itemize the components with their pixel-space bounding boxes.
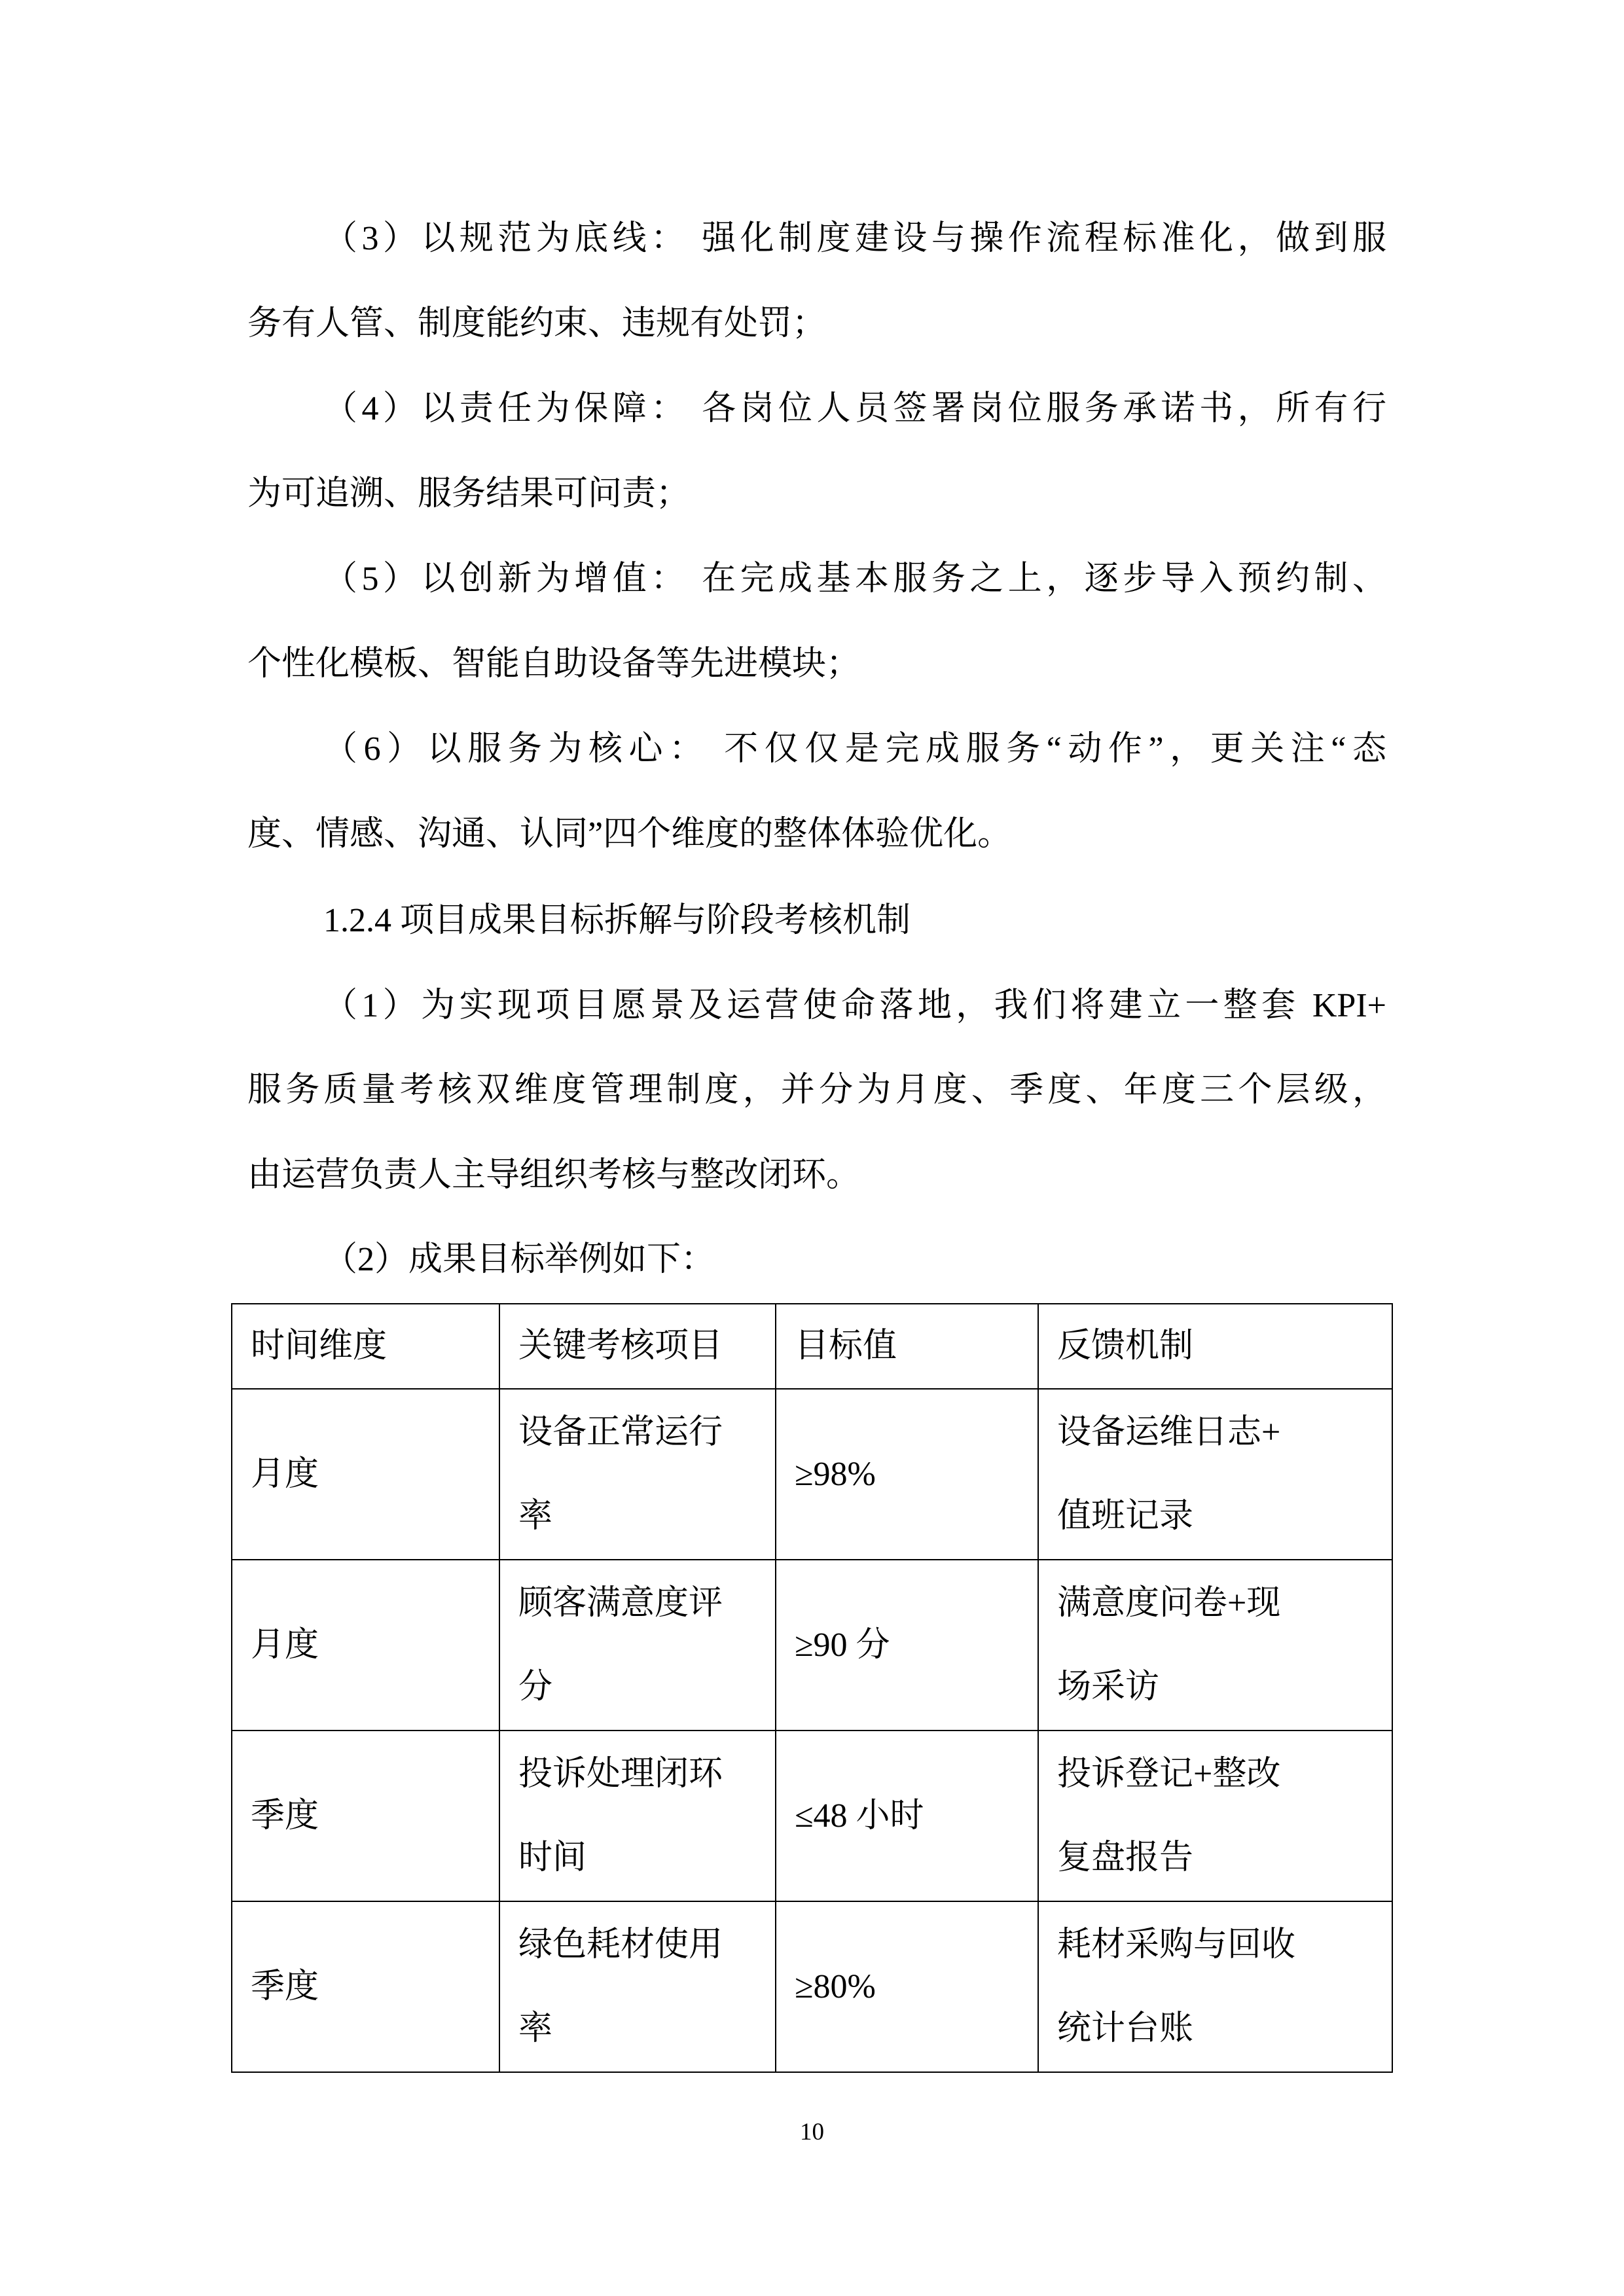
- cell-feedback-line: 耗材采购与回收: [1057, 1903, 1392, 1987]
- cell-item: 设备正常运行 率: [499, 1389, 776, 1560]
- cell-item-line: 绿色耗材使用: [518, 1903, 775, 1987]
- cell-target: ≥98%: [776, 1389, 1038, 1560]
- item-1-line-1: （1）为实现项目愿景及运营使命落地，我们将建立一整套 KPI+: [247, 963, 1386, 1049]
- cell-item-line: 投诉处理闭环: [518, 1732, 775, 1816]
- item-2-line: （2）成果目标举例如下：: [247, 1217, 1386, 1302]
- paragraph-3-line-2: 务有人管、制度能约束、违规有处罚；: [247, 281, 1386, 367]
- cell-feedback-line: 设备运维日志+: [1057, 1391, 1392, 1475]
- table-row: 月度 设备正常运行 率 ≥98% 设备运维日志+ 值班记录: [232, 1389, 1392, 1560]
- cell-item: 顾客满意度评 分: [499, 1560, 776, 1731]
- cell-item-line: 分: [518, 1645, 775, 1729]
- paragraph-3-line-1: （3）以规范为底线： 强化制度建设与操作流程标准化，做到服: [247, 196, 1386, 281]
- cell-item-line: 时间: [518, 1816, 775, 1900]
- cell-item-line: 顾客满意度评: [518, 1562, 775, 1645]
- cell-target: ≤48 小时: [776, 1731, 1038, 1901]
- cell-item-line: 率: [518, 1475, 775, 1558]
- header-period: 时间维度: [232, 1304, 499, 1389]
- paragraph-6-line-2: 度、情感、沟通、认同”四个维度的整体体验优化。: [247, 792, 1386, 877]
- table-row: 季度 投诉处理闭环 时间 ≤48 小时 投诉登记+整改 复盘报告: [232, 1731, 1392, 1901]
- cell-feedback-line: 值班记录: [1057, 1475, 1392, 1558]
- goals-table: 时间维度 关键考核项目 目标值 反馈机制 月度 设备正常运行 率 ≥98% 设备…: [231, 1303, 1393, 2073]
- table-row: 月度 顾客满意度评 分 ≥90 分 满意度问卷+现 场采访: [232, 1560, 1392, 1731]
- paragraph-4-line-2: 为可追溯、服务结果可问责；: [247, 452, 1386, 537]
- cell-period: 月度: [232, 1389, 499, 1560]
- cell-period: 季度: [232, 1731, 499, 1901]
- cell-feedback-line: 投诉登记+整改: [1057, 1732, 1392, 1816]
- cell-feedback-line: 复盘报告: [1057, 1816, 1392, 1900]
- header-target: 目标值: [776, 1304, 1038, 1389]
- cell-feedback-line: 满意度问卷+现: [1057, 1562, 1392, 1645]
- item-1-line-3: 由运营负责人主导组织考核与整改闭环。: [247, 1133, 1386, 1218]
- header-item: 关键考核项目: [499, 1304, 776, 1389]
- cell-item-line: 率: [518, 1987, 775, 2071]
- section-heading: 1.2.4 项目成果目标拆解与阶段考核机制: [247, 878, 1386, 963]
- table-header-row: 时间维度 关键考核项目 目标值 反馈机制: [232, 1304, 1392, 1389]
- cell-item: 投诉处理闭环 时间: [499, 1731, 776, 1901]
- cell-feedback: 设备运维日志+ 值班记录: [1038, 1389, 1392, 1560]
- paragraph-5-line-2: 个性化模板、智能自助设备等先进模块；: [247, 622, 1386, 707]
- page-number: 10: [0, 2118, 1624, 2147]
- table-row: 季度 绿色耗材使用 率 ≥80% 耗材采购与回收 统计台账: [232, 1901, 1392, 2072]
- cell-feedback: 满意度问卷+现 场采访: [1038, 1560, 1392, 1731]
- cell-feedback: 投诉登记+整改 复盘报告: [1038, 1731, 1392, 1901]
- paragraph-5-line-1: （5）以创新为增值： 在完成基本服务之上，逐步导入预约制、: [247, 537, 1386, 622]
- header-feedback: 反馈机制: [1038, 1304, 1392, 1389]
- cell-feedback-line: 场采访: [1057, 1645, 1392, 1729]
- cell-period: 月度: [232, 1560, 499, 1731]
- cell-feedback-line: 统计台账: [1057, 1987, 1392, 2071]
- cell-feedback: 耗材采购与回收 统计台账: [1038, 1901, 1392, 2072]
- cell-period: 季度: [232, 1901, 499, 2072]
- item-1-line-2: 服务质量考核双维度管理制度，并分为月度、季度、年度三个层级，: [247, 1048, 1386, 1133]
- cell-item-line: 设备正常运行: [518, 1391, 775, 1475]
- cell-target: ≥90 分: [776, 1560, 1038, 1731]
- paragraph-4-line-1: （4）以责任为保障： 各岗位人员签署岗位服务承诺书，所有行: [247, 367, 1386, 452]
- paragraph-6-line-1: （6）以服务为核心： 不仅仅是完成服务“动作”，更关注“态: [247, 707, 1386, 792]
- cell-target: ≥80%: [776, 1901, 1038, 2072]
- cell-item: 绿色耗材使用 率: [499, 1901, 776, 2072]
